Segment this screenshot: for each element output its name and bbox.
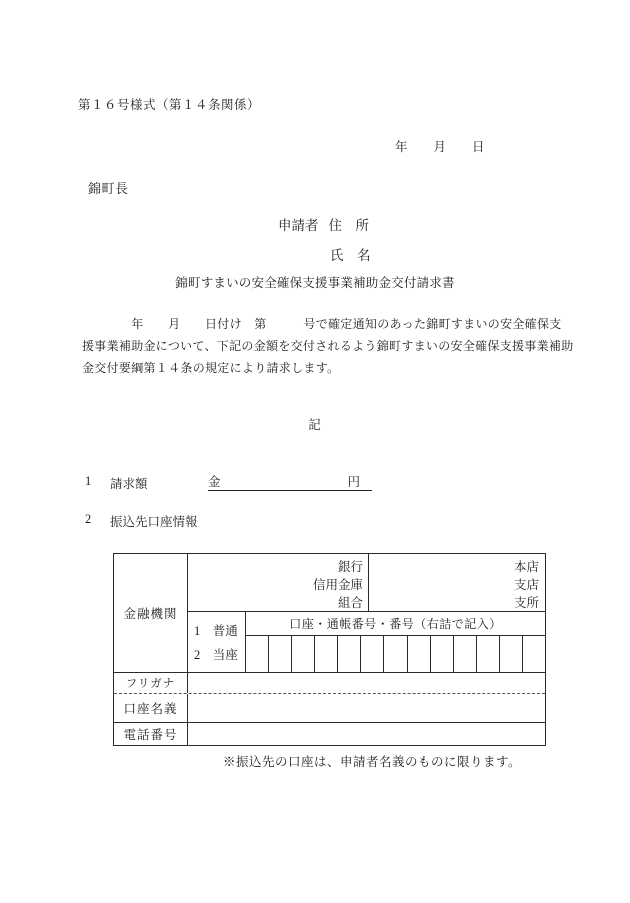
digit-boxes-row [246,636,545,672]
bank-name-row: 銀行 信用金庫 組合 本店 支店 支所 [188,554,545,612]
amount-suffix-label: 円 [347,472,360,490]
account-digit-box[interactable] [338,636,361,672]
phone-number-label: 電話番号 [114,723,188,745]
account-digit-box[interactable] [431,636,454,672]
account-digit-box[interactable] [315,636,338,672]
account-digit-box[interactable] [523,636,545,672]
account-digit-box[interactable] [246,636,269,672]
bank-type-label: 組合 [193,593,363,611]
account-type-option: 2 当座 [194,645,245,663]
date-month-label: 月 [434,137,447,155]
account-digit-box[interactable] [408,636,431,672]
document-title: 錦町すまいの安全確保支援事業補助金交付請求書 [0,273,630,291]
institution-label-cell: 金融機関 [114,554,188,672]
financial-institution-section: 金融機関 銀行 信用金庫 組合 本店 支店 支所 1 [114,554,545,673]
branch-type-label: 本店 [375,557,539,575]
item1-number: 1 [85,474,110,492]
account-digit-box[interactable] [361,636,384,672]
applicant-block: 申請者 住 所 氏 名 [278,214,371,264]
branch-type-label: 支所 [375,593,539,611]
date-year-label: 年 [395,137,408,155]
date-line: 年 月 日 [395,137,485,155]
account-type-option: 1 普通 [194,621,245,639]
account-digit-box[interactable] [500,636,523,672]
account-digit-box[interactable] [292,636,315,672]
furigana-value-cell[interactable] [188,673,545,693]
form-number: 第１６号様式（第１４条関係） [78,95,260,113]
applicant-name-line: 氏 名 [330,244,371,264]
applicant-label: 申請者 [278,214,319,234]
bank-type-label: 銀行 [193,557,363,575]
bank-info-heading: 2 振込先口座情報 [85,512,198,530]
account-digit-box[interactable] [454,636,477,672]
furigana-label: フリガナ [114,673,188,693]
bank-type-label: 信用金庫 [193,575,363,593]
amount-blank-field[interactable]: 金 円 [208,472,372,491]
applicant-address-line: 申請者 住 所 [278,214,371,234]
bank-account-table: 金融機関 銀行 信用金庫 組合 本店 支店 支所 1 [113,553,546,746]
table-row: 口座名義 [114,693,545,722]
claim-amount-line: 1 請求額 金 円 [85,474,148,492]
applicant-name-label: 氏 名 [330,248,371,263]
body-paragraph: 年 月 日付け 第 号で確定通知のあった錦町すまいの安全確保支 援事業補助金につ… [82,313,576,379]
item1-label: 請求額 [110,474,148,492]
phone-number-value-cell[interactable] [188,723,545,745]
body-line: 年 月 日付け 第 号で確定通知のあった錦町すまいの安全確保支 [82,313,576,335]
date-day-label: 日 [472,137,485,155]
account-holder-value-cell[interactable] [188,694,545,722]
addressee-mayor: 錦町長 [88,178,129,197]
account-holder-label: 口座名義 [114,694,188,722]
document-page: 第１６号様式（第１４条関係） 年 月 日 錦町長 申請者 住 所 氏 名 錦町す… [0,0,630,903]
body-line: 援事業補助金について、下記の金額を交付されるよう錦町すまいの安全確保支援事業補助 [82,335,576,357]
account-number-row: 1 普通 2 当座 口座・通帳番号・番号（右詰で記入） [188,612,545,672]
account-type-cell[interactable]: 1 普通 2 当座 [188,612,246,672]
table-row: フリガナ [114,673,545,693]
table-row: 電話番号 [114,722,545,745]
bank-name-cell[interactable]: 銀行 信用金庫 組合 [188,554,369,611]
ki-heading: 記 [0,415,630,433]
account-digit-box[interactable] [269,636,292,672]
branch-name-cell[interactable]: 本店 支店 支所 [369,554,545,611]
account-digit-box[interactable] [384,636,407,672]
body-line: 金交付要綱第１４条の規定により請求します。 [82,357,576,379]
account-digit-box[interactable] [477,636,500,672]
branch-type-label: 支店 [375,575,539,593]
item2-label: 振込先口座情報 [110,512,198,530]
applicant-address-label: 住 所 [329,214,370,234]
item2-number: 2 [85,512,110,530]
account-number-header: 口座・通帳番号・番号（右詰で記入） [246,612,545,636]
account-note: ※振込先の口座は、申請者名義のものに限ります。 [223,752,521,770]
amount-prefix-label: 金 [208,472,221,490]
